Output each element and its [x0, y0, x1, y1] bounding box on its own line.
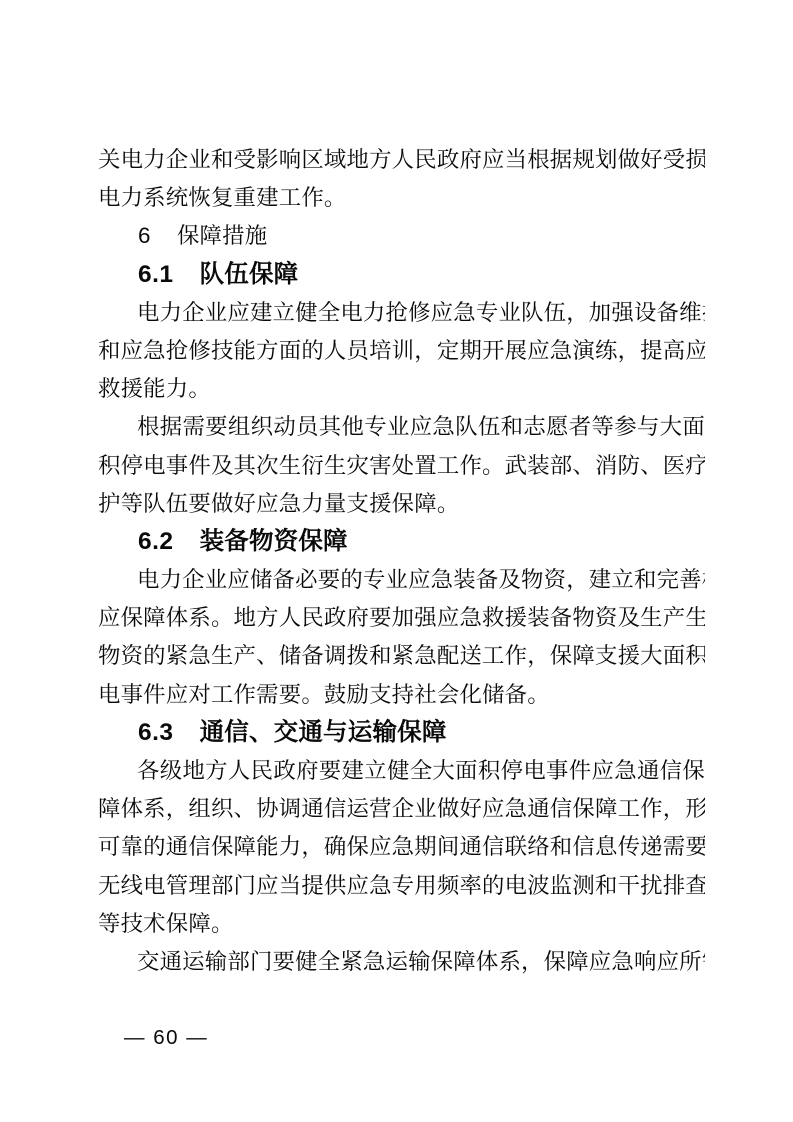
section-number: 6.3: [138, 714, 174, 752]
paragraph-line: 无线电管理部门应当提供应急专用频率的电波监测和干扰排查: [98, 867, 705, 905]
paragraph-line: 应保障体系。地方人民政府要加强应急救援装备物资及生产生活: [98, 599, 705, 637]
page-number: — 60 —: [124, 1026, 208, 1050]
section-heading-6-1: 6.1队伍保障: [98, 256, 705, 294]
section-title: 保障措施: [177, 223, 267, 248]
section-heading-6-3: 6.3通信、交通与运输保障: [98, 714, 705, 752]
paragraph-line: 电力企业应建立健全电力抢修应急专业队伍，加强设备维护: [98, 294, 705, 332]
section-title: 队伍保障: [200, 261, 299, 288]
paragraph-line: 等技术保障。: [98, 905, 705, 943]
document-page: 关电力企业和受影响区域地方人民政府应当根据规划做好受损 电力系统恢复重建工作。 …: [0, 0, 793, 1122]
document-body: 关电力企业和受影响区域地方人民政府应当根据规划做好受损 电力系统恢复重建工作。 …: [98, 141, 705, 981]
section-title: 装备物资保障: [200, 528, 348, 555]
paragraph-line: 障体系，组织、协调通信运营企业做好应急通信保障工作，形成: [98, 790, 705, 828]
paragraph-line: 物资的紧急生产、储备调拨和紧急配送工作，保障支援大面积停: [98, 637, 705, 675]
paragraph-line: 电力系统恢复重建工作。: [98, 179, 705, 217]
paragraph-line: 护等队伍要做好应急力量支援保障。: [98, 485, 705, 523]
paragraph-line: 各级地方人民政府要建立健全大面积停电事件应急通信保: [98, 752, 705, 790]
paragraph-line: 交通运输部门要健全紧急运输保障体系，保障应急响应所需: [98, 943, 705, 981]
paragraph-line: 和应急抢修技能方面的人员培训，定期开展应急演练，提高应急: [98, 332, 705, 370]
section-number: 6: [138, 217, 151, 255]
paragraph-line: 电事件应对工作需要。鼓励支持社会化储备。: [98, 676, 705, 714]
section-heading-6: 6保障措施: [98, 217, 705, 255]
section-title: 通信、交通与运输保障: [200, 719, 447, 746]
section-number: 6.2: [138, 523, 174, 561]
section-heading-6-2: 6.2装备物资保障: [98, 523, 705, 561]
paragraph-line: 救援能力。: [98, 370, 705, 408]
section-number: 6.1: [138, 256, 174, 294]
paragraph-line: 关电力企业和受影响区域地方人民政府应当根据规划做好受损: [98, 141, 705, 179]
paragraph-line: 电力企业应储备必要的专业应急装备及物资，建立和完善相: [98, 561, 705, 599]
paragraph-line: 根据需要组织动员其他专业应急队伍和志愿者等参与大面: [98, 408, 705, 446]
paragraph-line: 积停电事件及其次生衍生灾害处置工作。武装部、消防、医疗救: [98, 447, 705, 485]
paragraph-line: 可靠的通信保障能力，确保应急期间通信联络和信息传递需要。: [98, 828, 705, 866]
